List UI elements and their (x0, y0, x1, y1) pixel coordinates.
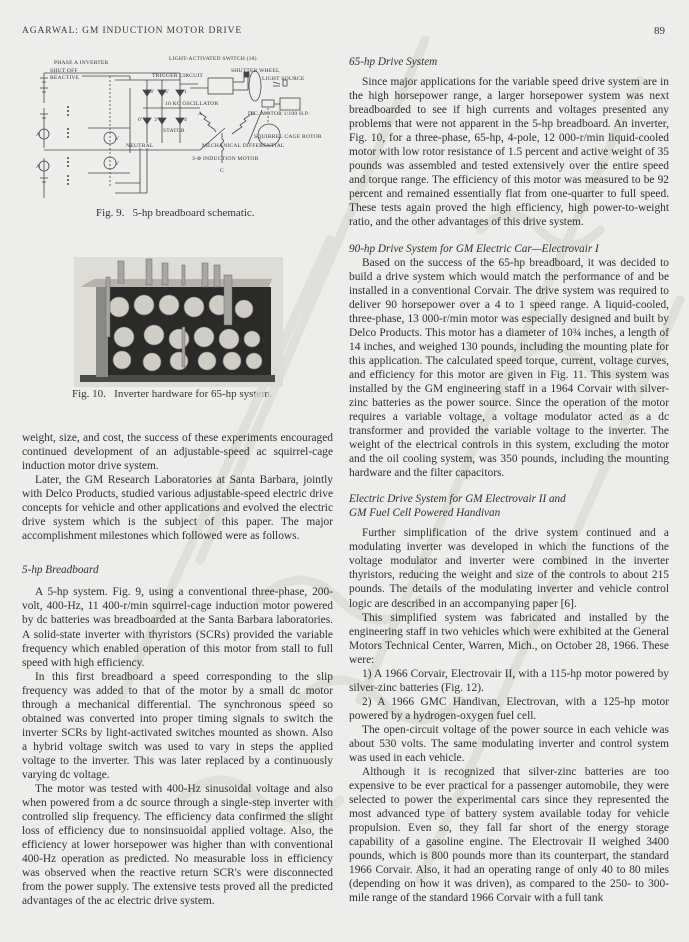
heading-5hp-breadboard: 5-hp Breadboard (22, 563, 333, 577)
paragraph-later: Later, the GM Research Laboratories at S… (22, 473, 333, 543)
label-induction-motor: 3-Φ INDUCTION MOTOR (192, 156, 259, 162)
paragraph-90hp-1: Based on the success of the 65-hp breadb… (349, 256, 669, 481)
heading-electrovair-2-line1: Electric Drive System for GM Electrovair… (349, 492, 669, 506)
label-stator: STATOR (163, 128, 185, 134)
label-scr-1: 3' (150, 89, 154, 95)
label-light-activated-switch: LIGHT-ACTIVATED SWITCH (18) (169, 55, 257, 62)
label-scr-2: 5' (165, 89, 169, 95)
label-scr-6: 4 (184, 117, 187, 123)
paragraph-5hp-3: The motor was tested with 400-Hz sinusoi… (22, 782, 333, 908)
label-scr-5: 3 (154, 117, 157, 123)
figure-9-schematic: PHASE A INVERTER SHUT OFF REACTIVE LIGHT… (30, 48, 330, 208)
vehicle-list: 1) A 1966 Corvair, Electrovair II, with … (349, 667, 669, 723)
left-column: weight, size, and cost, the success of t… (22, 431, 333, 908)
label-phase-a-inverter: PHASE A INVERTER (54, 60, 109, 66)
paragraph-ev2-2: This simplified system was fabricated an… (349, 611, 669, 667)
circuit-schematic: PHASE A INVERTER SHUT OFF REACTIVE LIGHT… (30, 48, 330, 208)
paragraph-5hp-2: In this first breadboard a speed corresp… (22, 670, 333, 782)
paragraph-5hp-1: A 5-hp system. Fig. 9, using a conventio… (22, 585, 333, 669)
heading-90hp: 90-hp Drive System for GM Electric Car—E… (349, 242, 669, 256)
label-node-c: C (220, 168, 224, 174)
inverter-hardware-image (74, 257, 283, 387)
label-shutter-wheel: SHUTTER WHEEL (231, 68, 280, 74)
label-voltmeter-1: V (115, 136, 119, 142)
figure-10-caption: Fig. 10. Inverter hardware for 65-hp sys… (72, 388, 273, 400)
label-light-source: LIGHT SOURCE (262, 76, 305, 82)
label-voltmeter-2: V (115, 161, 119, 167)
label-dc-motor: D.C. MOTOR 1/100 H.P. (248, 111, 310, 117)
page-number: 89 (654, 25, 665, 37)
figure-10-photo (74, 257, 283, 387)
label-trigger-circuit: TRIGGER CIRCUIT (152, 73, 203, 79)
label-node-a: A (198, 111, 202, 117)
label-oscillator: 10 KC OSCILLATOR (165, 101, 219, 107)
label-ammeter-2: A (36, 164, 40, 170)
label-node-b: B (251, 111, 255, 117)
label-neutral: NEUTRAL (126, 143, 154, 149)
right-column: 65-hp Drive System Since major applicati… (349, 55, 669, 906)
label-ammeter-1: A (36, 132, 40, 138)
list-item: 2) A 1966 GMC Handivan, Electrovan, with… (349, 695, 669, 723)
running-head: AGARWAL: GM INDUCTION MOTOR DRIVE (22, 26, 242, 36)
heading-electrovair-2-line2: GM Fuel Cell Powered Handivan (349, 506, 669, 520)
label-reactive: REACTIVE (50, 75, 80, 81)
paragraph-65hp-1: Since major applications for the variabl… (349, 75, 669, 230)
label-mechanical-differential: MECHANICAL DIFFERENTIAL (202, 143, 285, 149)
paragraph-ev2-4: Although it is recognized that silver-zi… (349, 765, 669, 905)
paragraph-ev2-3: The open-circuit voltage of the power so… (349, 723, 669, 765)
label-scr-3: 1 (184, 89, 187, 95)
label-squirrel-cage-rotor: SQUIRREL CAGE ROTOR (254, 134, 322, 140)
paragraph-ev2-1: Further simplification of the drive syst… (349, 526, 669, 610)
figure-9-caption: Fig. 9. 5-hp breadboard schematic. (96, 207, 255, 219)
label-scr-4: 6' (138, 117, 142, 123)
list-item: 1) A 1966 Corvair, Electrovair II, with … (349, 667, 669, 695)
paragraph-continued: weight, size, and cost, the success of t… (22, 431, 333, 473)
heading-65hp: 65-hp Drive System (349, 55, 669, 69)
label-shut-off: SHUT OFF (50, 68, 78, 74)
